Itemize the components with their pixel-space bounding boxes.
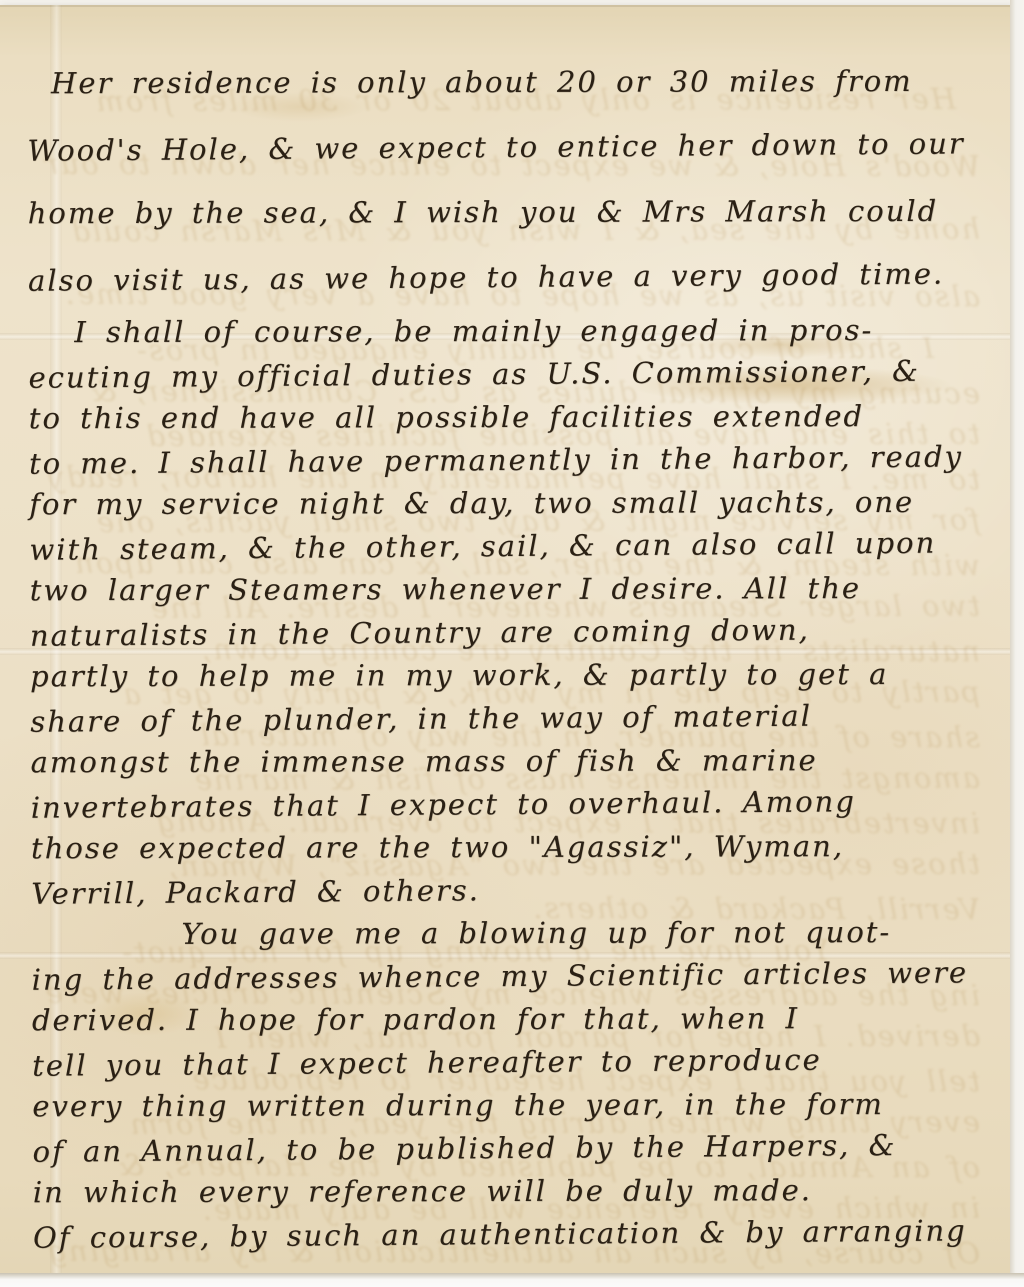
handwritten-line: every thing written during the year, in … [32,1083,992,1129]
handwritten-line: in which every reference will be duly ma… [33,1169,993,1215]
handwritten-line: those expected are the two "Agassiz", Wy… [31,825,991,871]
handwritten-line: You gave me a blowing up for not quot- [31,911,991,957]
handwritten-line: tell you that I expect hereafter to repr… [32,1037,992,1088]
handwritten-line: to this end have all possible facilities… [29,395,989,441]
handwritten-line: of an Annual, to be published by the Har… [32,1123,992,1174]
handwritten-line: home by the sea, & I wish you & Mrs Mars… [28,179,988,247]
handwritten-line: two larger Steamers whenever I desire. A… [30,567,990,613]
handwritten-line: naturalists in the Country are coming do… [30,607,990,658]
handwritten-line: Wood's Hole, & we expect to entice her d… [27,111,987,184]
handwritten-line: with steam, & the other, sail, & can als… [29,521,989,572]
handwritten-text: Her residence is only about 20 or 30 mil… [27,47,993,1258]
handwritten-line: partly to help me in my work, & partly t… [30,653,990,699]
handwritten-line: Of course, by such an authentication & b… [33,1209,993,1260]
handwritten-line: Verrill, Packard & others. [31,865,991,916]
handwritten-line: Her residence is only about 20 or 30 mil… [27,49,987,117]
handwritten-line: share of the plunder, in the way of mate… [30,693,990,744]
handwritten-line: to me. I shall have permanently in the h… [29,435,989,486]
scan-edge-bottom [0,1273,1024,1287]
scan-edge-right [1010,0,1024,1287]
handwritten-line: invertebrates that I expect to overhaul.… [31,779,991,830]
letter-scan: Her residence is only about 20 or 30 mil… [0,0,1024,1287]
handwritten-line: also visit us, as we hope to have a very… [28,241,988,314]
paragraph: Her residence is only about 20 or 30 mil… [27,47,988,312]
handwritten-line: derived. I hope for pardon for that, whe… [32,997,992,1043]
handwritten-line: I shall of course, be mainly engaged in … [28,309,988,355]
handwritten-line: ecuting my official duties as U.S. Commi… [28,349,988,400]
handwritten-line: for my service night & day, two small ya… [29,481,989,527]
handwritten-line: amongst the immense mass of fish & marin… [31,739,991,785]
paragraph: I shall of course, be mainly engaged in … [28,307,991,914]
paragraph: You gave me a blowing up for not quot-in… [31,909,993,1258]
handwritten-line: ing the addresses whence my Scientific a… [32,951,992,1002]
